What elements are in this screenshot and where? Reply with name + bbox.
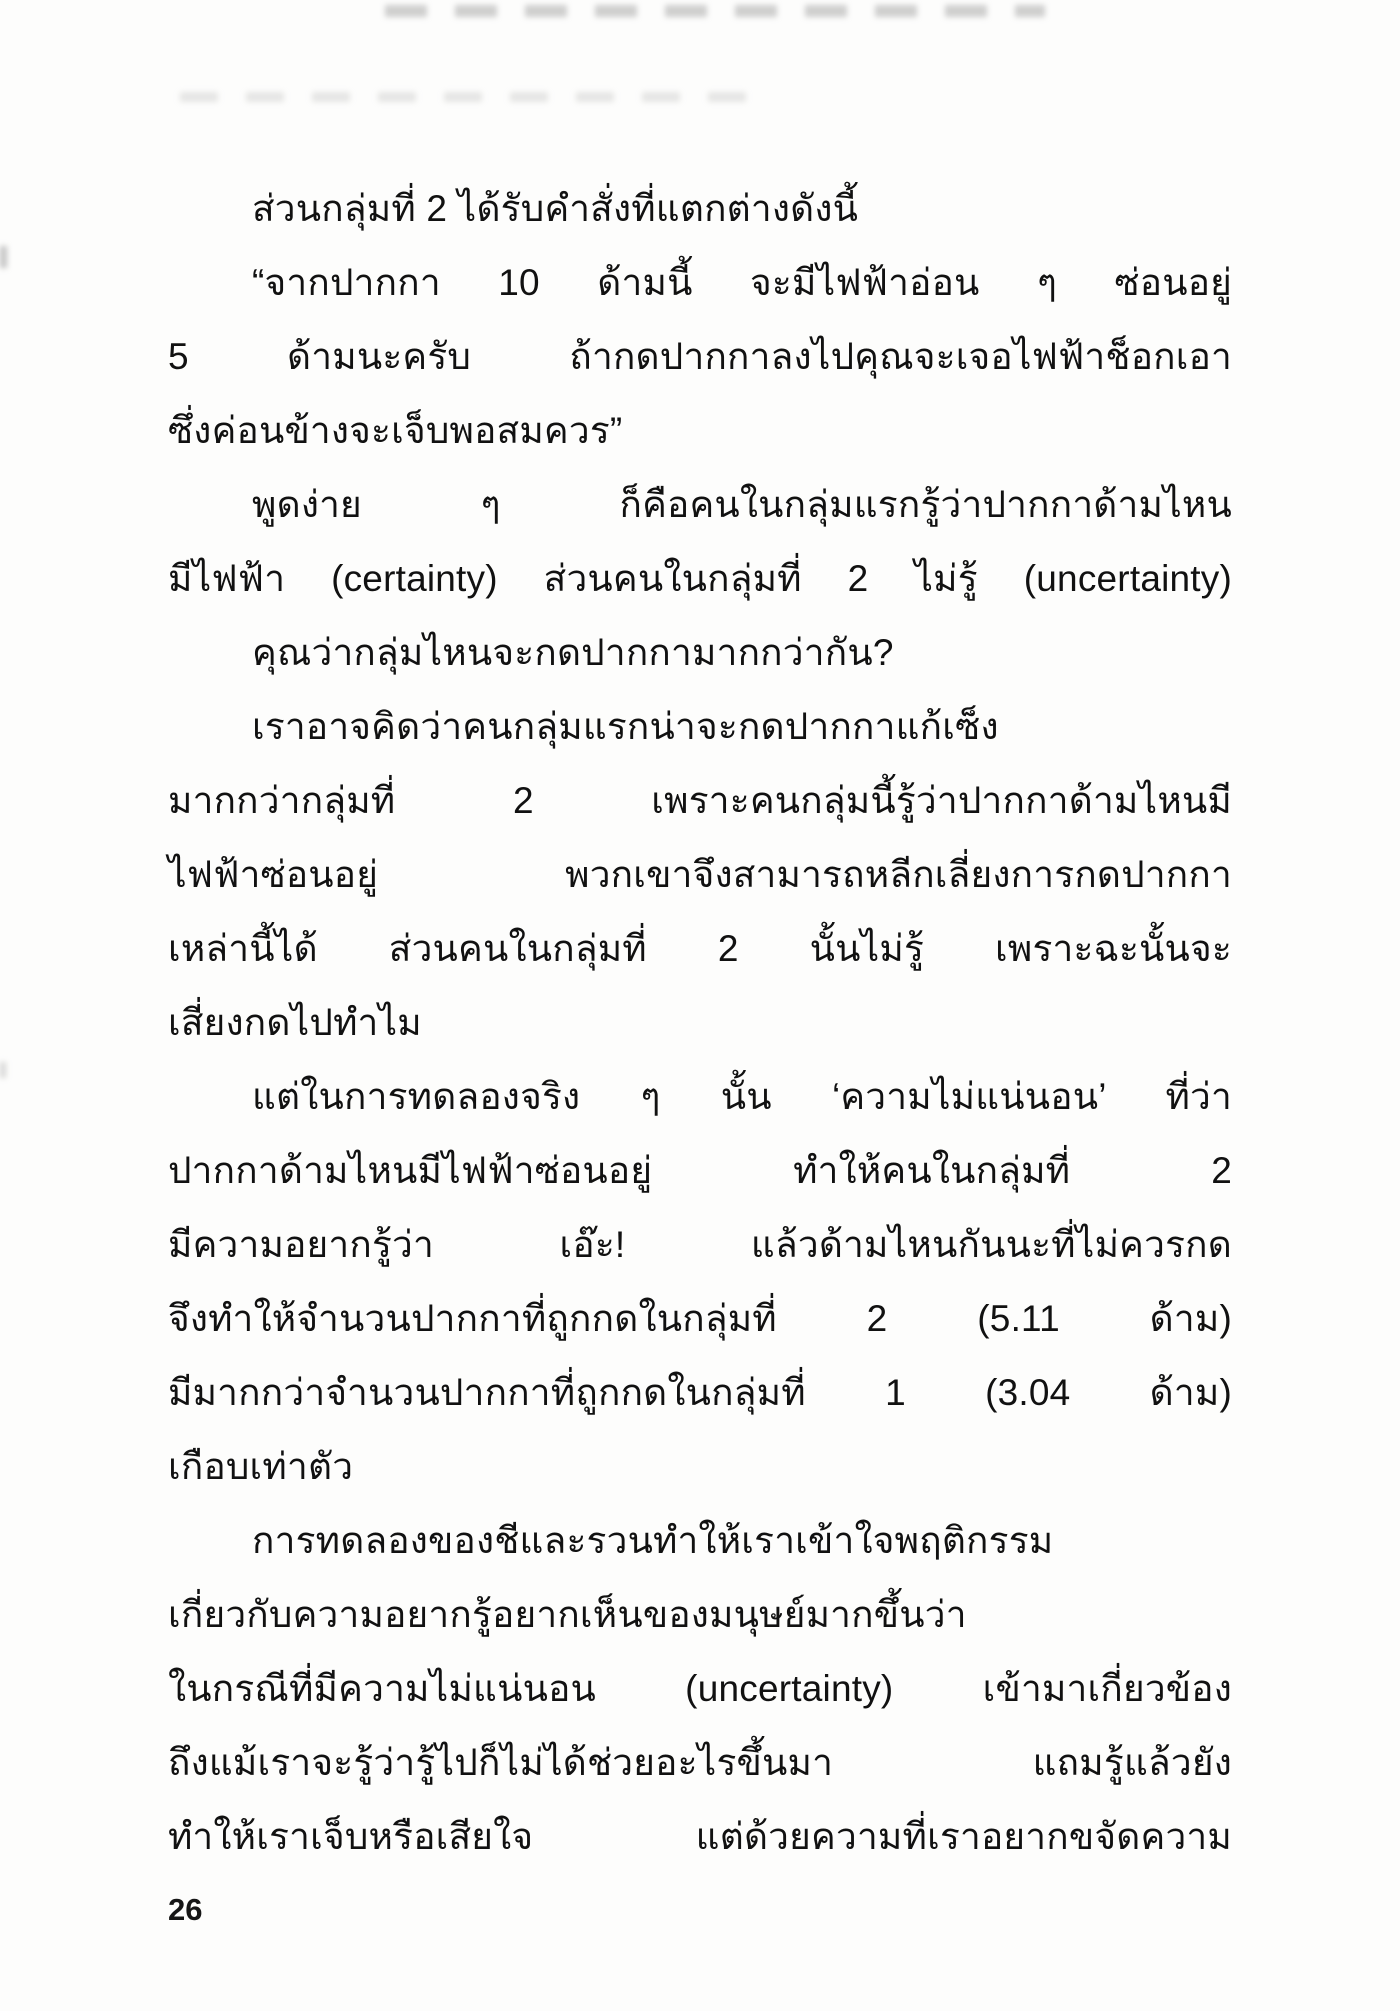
text-line: เกือบเท่าตัว [168, 1430, 1232, 1504]
text-line: เกี่ยวกับความอยากรู้อยากเห็นของมนุษย์มาก… [168, 1578, 1232, 1652]
book-page: ส่วนกลุ่มที่ 2 ได้รับคำสั่งที่แตกต่างดัง… [0, 0, 1400, 2011]
text-line: 5 ด้ามนะครับ ถ้ากดปากกาลงไปคุณจะเจอไฟฟ้า… [168, 320, 1232, 394]
text-line: มีไฟฟ้า (certainty) ส่วนคนในกลุ่มที่ 2 ไ… [168, 542, 1232, 616]
page-number: 26 [168, 1892, 202, 1928]
text-line: ส่วนกลุ่มที่ 2 ได้รับคำสั่งที่แตกต่างดัง… [168, 172, 1232, 246]
paragraph: “จากปากกา 10 ด้ามนี้ จะมีไฟฟ้าอ่อน ๆ ซ่อ… [168, 246, 1232, 468]
text-line: ทำให้เราเจ็บหรือเสียใจ แต่ด้วยความที่เรา… [168, 1800, 1232, 1874]
text-line: มีมากกว่าจำนวนปากกาที่ถูกกดในกลุ่มที่ 1 … [168, 1356, 1232, 1430]
scan-artifact [0, 1062, 6, 1078]
text-line: ไฟฟ้าซ่อนอยู่ พวกเขาจึงสามารถหลีกเลี่ยงก… [168, 838, 1232, 912]
scan-artifact [0, 246, 7, 268]
paragraph: คุณว่ากลุ่มไหนจะกดปากกามากกว่ากัน? [168, 616, 1232, 690]
paragraph: แต่ในการทดลองจริง ๆ นั้น ‘ความไม่แน่นอน’… [168, 1060, 1232, 1504]
text-line: มากกว่ากลุ่มที่ 2 เพราะคนกลุ่มนี้รู้ว่าป… [168, 764, 1232, 838]
text-line: ปากกาด้ามไหนมีไฟฟ้าซ่อนอยู่ ทำให้คนในกลุ… [168, 1134, 1232, 1208]
text-line: “จากปากกา 10 ด้ามนี้ จะมีไฟฟ้าอ่อน ๆ ซ่อ… [168, 246, 1232, 320]
text-line: แต่ในการทดลองจริง ๆ นั้น ‘ความไม่แน่นอน’… [168, 1060, 1232, 1134]
text-line: จึงทำให้จำนวนปากกาที่ถูกกดในกลุ่มที่ 2 (… [168, 1282, 1232, 1356]
paragraph: การทดลองของชีและรวนทำให้เราเข้าใจพฤติกรร… [168, 1504, 1232, 1874]
text-line: เราอาจคิดว่าคนกลุ่มแรกน่าจะกดปากกาแก้เซ็… [168, 690, 1232, 764]
scan-artifact [385, 5, 1045, 17]
text-line: พูดง่าย ๆ ก็คือคนในกลุ่มแรกรู้ว่าปากกาด้… [168, 468, 1232, 542]
text-line: คุณว่ากลุ่มไหนจะกดปากกามากกว่ากัน? [168, 616, 1232, 690]
paragraph: ส่วนกลุ่มที่ 2 ได้รับคำสั่งที่แตกต่างดัง… [168, 172, 1232, 246]
text-line: ซึ่งค่อนข้างจะเจ็บพอสมควร” [168, 394, 1232, 468]
text-line: ถึงแม้เราจะรู้ว่ารู้ไปก็ไม่ได้ช่วยอะไรขึ… [168, 1726, 1232, 1800]
page-text: ส่วนกลุ่มที่ 2 ได้รับคำสั่งที่แตกต่างดัง… [168, 172, 1232, 1874]
text-line: เหล่านี้ได้ ส่วนคนในกลุ่มที่ 2 นั้นไม่รู… [168, 912, 1232, 986]
text-line: ในกรณีที่มีความไม่แน่นอน (uncertainty) เ… [168, 1652, 1232, 1726]
text-line: มีความอยากรู้ว่า เอ๊ะ! แล้วด้ามไหนกันนะท… [168, 1208, 1232, 1282]
scan-artifact [180, 92, 760, 102]
paragraph: เราอาจคิดว่าคนกลุ่มแรกน่าจะกดปากกาแก้เซ็… [168, 690, 1232, 1060]
paragraph: พูดง่าย ๆ ก็คือคนในกลุ่มแรกรู้ว่าปากกาด้… [168, 468, 1232, 616]
text-line: การทดลองของชีและรวนทำให้เราเข้าใจพฤติกรร… [168, 1504, 1232, 1578]
text-line: เสี่ยงกดไปทำไม [168, 986, 1232, 1060]
